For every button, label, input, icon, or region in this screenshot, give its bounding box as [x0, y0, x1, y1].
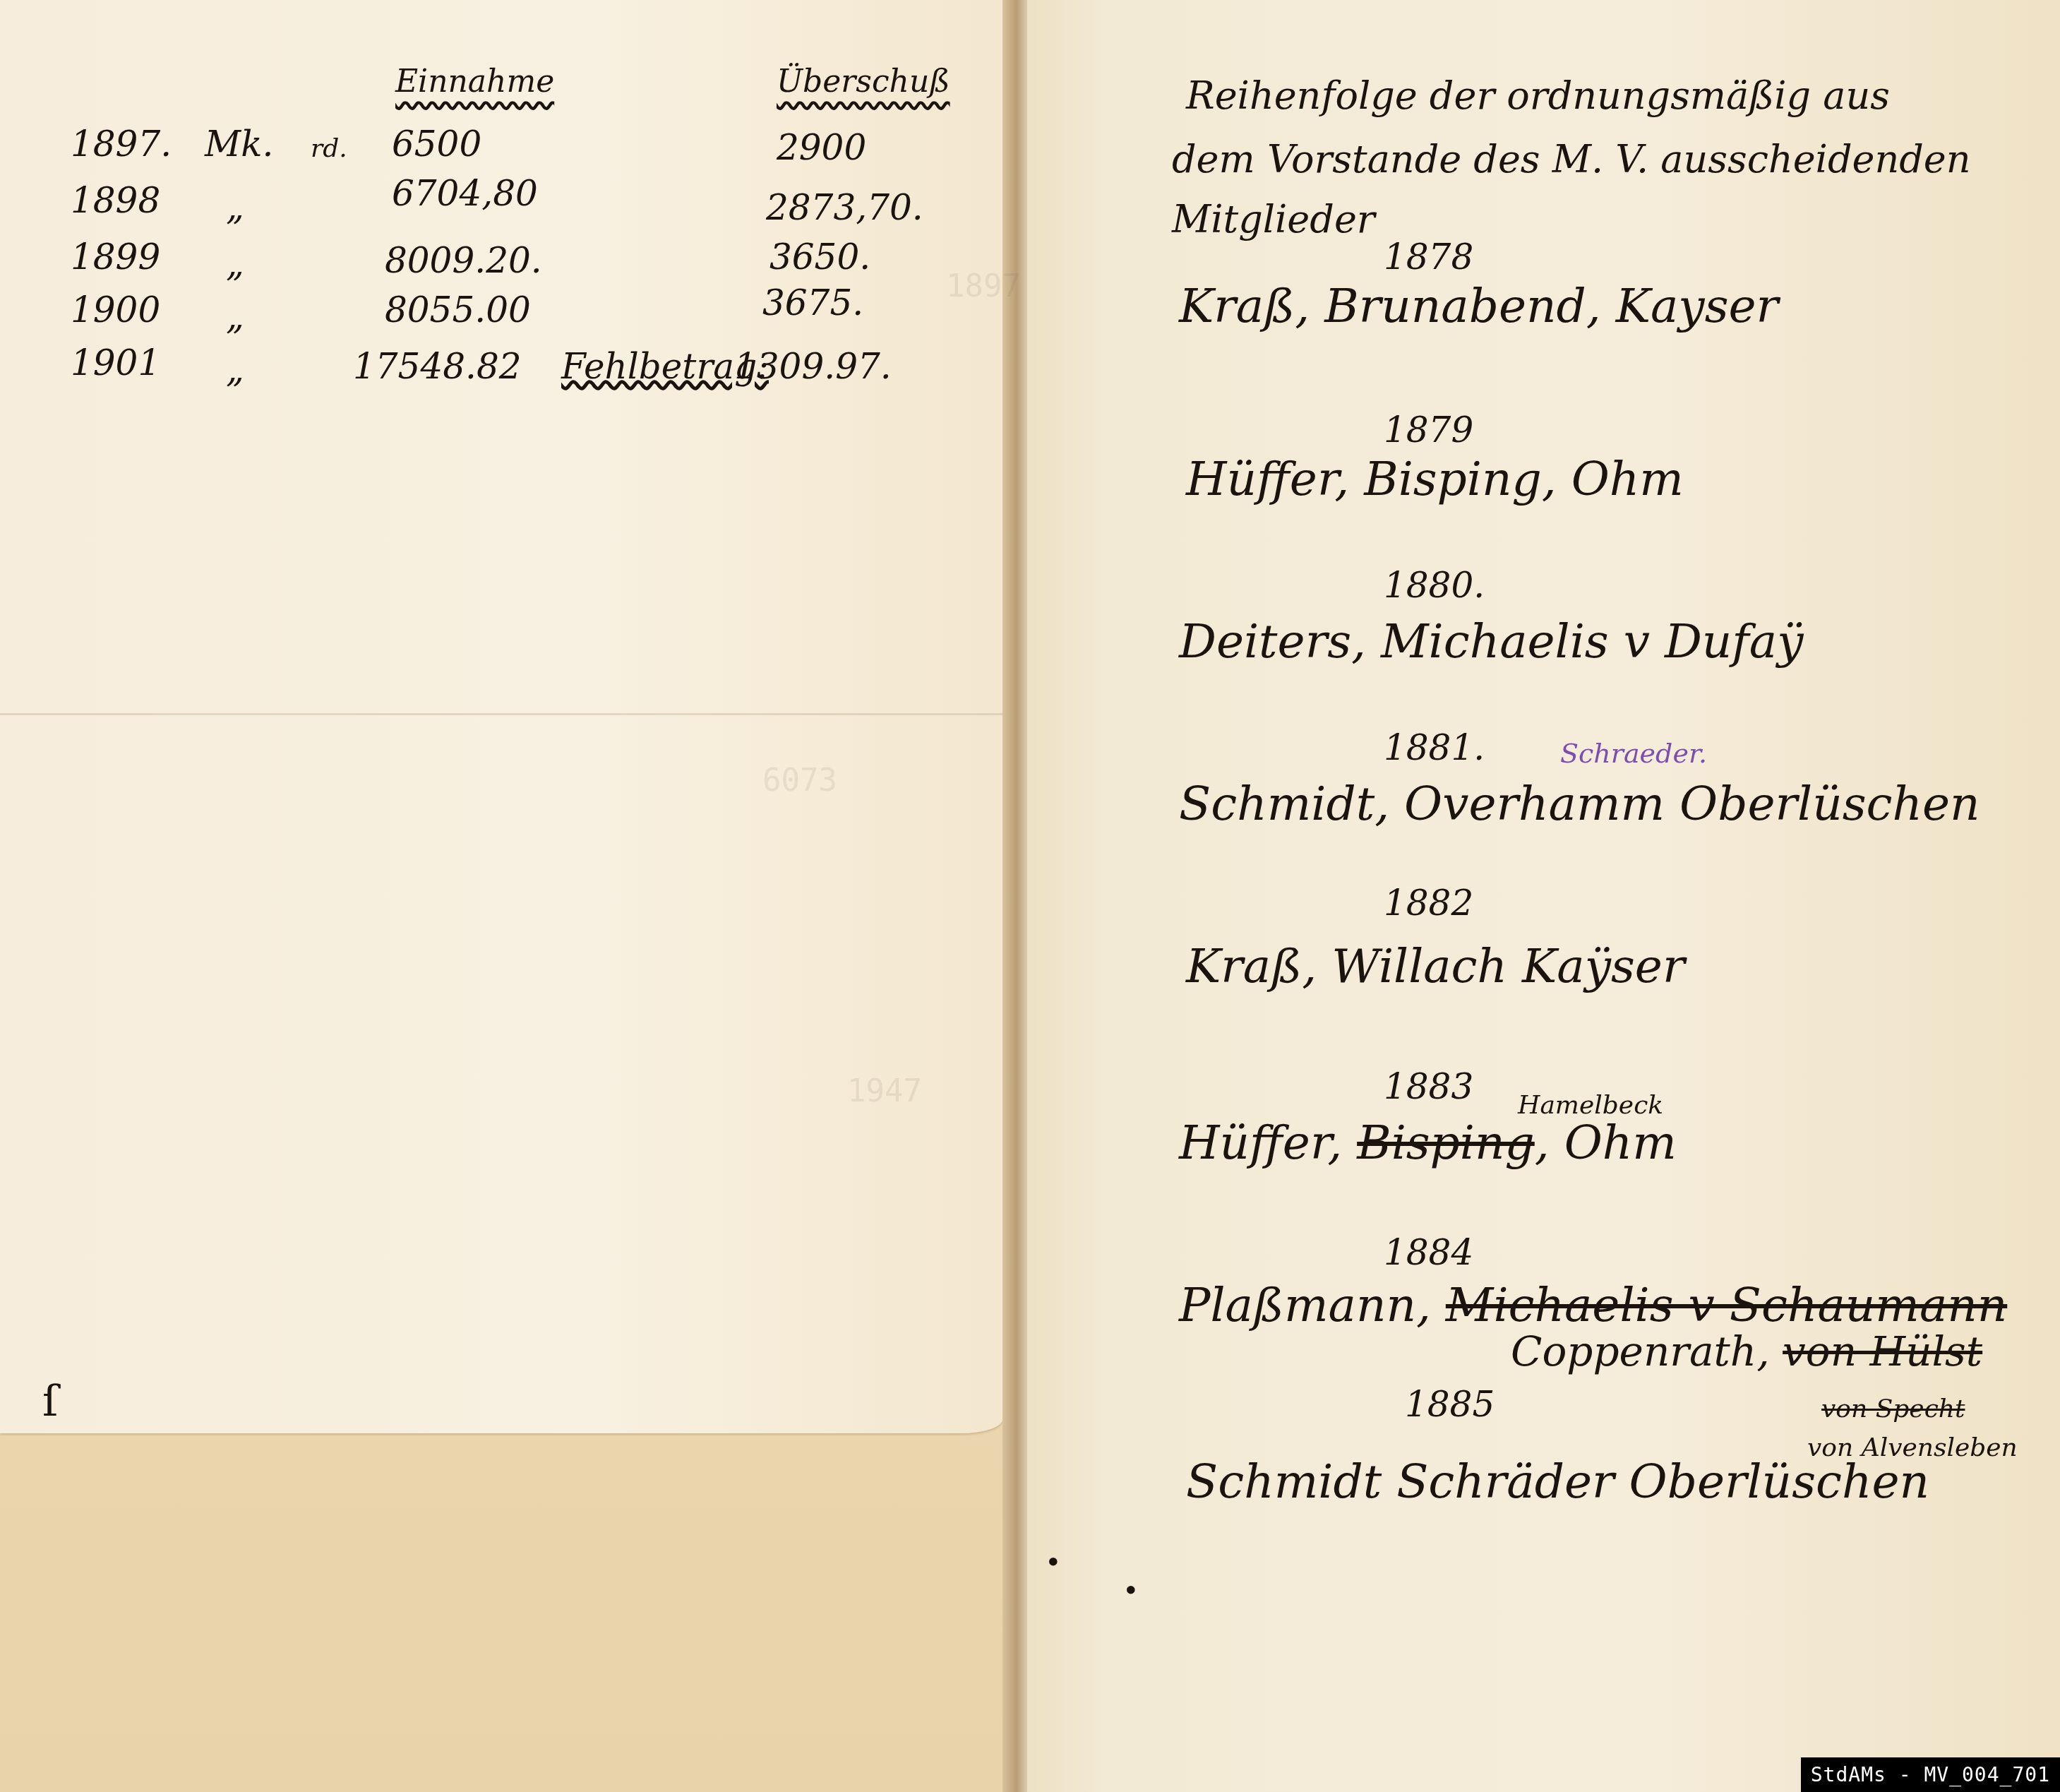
title-line: Reihenfolge der ordnungsmäßig aus	[1186, 71, 1890, 121]
entry-names: Schmidt, Overhamm Oberlüschen	[1179, 777, 1980, 831]
struck-name: von Hülst	[1783, 1327, 1982, 1375]
entry-names: Plaßmann, Michaelis v Schaumann	[1179, 1278, 2007, 1332]
row-year: 1898	[71, 180, 160, 221]
row-surplus: 2873,70.	[766, 187, 923, 228]
entry-year: 1885	[1405, 1384, 1495, 1425]
entry-names: Hüffer, Bisping, Ohm	[1186, 452, 1684, 506]
names-text: Plaßmann,	[1179, 1278, 1446, 1332]
entry-year: 1883	[1384, 1066, 1473, 1107]
struck-name: Bisping	[1357, 1116, 1535, 1170]
title-line: dem Vorstande des M. V. ausscheidenden	[1172, 134, 1971, 185]
row-year: 1899	[71, 237, 160, 277]
row-income: 8009.20.	[385, 240, 542, 281]
fold-line	[0, 713, 1002, 715]
entry-year: 1880.	[1384, 565, 1485, 606]
entry-names-line2: Coppenrath, von Hülst	[1511, 1327, 1982, 1375]
names-text: Hüffer,	[1179, 1116, 1357, 1170]
row-income: 6704,80	[392, 173, 538, 214]
entry-year: 1879	[1384, 410, 1473, 450]
row-surplus: 2900	[777, 127, 866, 168]
entry-year: 1878	[1384, 237, 1473, 277]
entry-year: 1884	[1384, 1232, 1473, 1273]
ink-mark: ſ	[42, 1377, 58, 1426]
entry-names: Schmidt Schräder Oberlüschen	[1186, 1454, 1929, 1509]
row-ditto: „	[226, 244, 244, 285]
row-year: 1901	[71, 342, 160, 383]
bleed-through-text: 1897	[946, 268, 1021, 304]
right-page	[1027, 0, 2060, 1792]
entry-names: Deiters, Michaelis v Dufaÿ	[1179, 614, 1803, 669]
row-unit-suffix: rd.	[311, 134, 347, 163]
bleed-through-text: 1947	[847, 1073, 922, 1109]
row-income: 8055.00	[385, 289, 531, 330]
row-ditto: „	[226, 187, 244, 228]
entry-year: 1881.	[1384, 727, 1485, 768]
bleed-through-text: 6073	[762, 763, 837, 799]
row-surplus: 1309.97.	[734, 346, 892, 387]
title-line: Mitglieder	[1172, 194, 1375, 245]
names-text: Coppenrath,	[1511, 1327, 1783, 1375]
struck-name: von Specht	[1821, 1394, 1965, 1423]
entry-names: Kraß, Willach Kaÿser	[1186, 939, 1684, 993]
row-year: 1900	[71, 289, 160, 330]
ink-mark: •	[1122, 1575, 1139, 1607]
row-year: 1897.	[71, 124, 172, 165]
row-income: 17548.82	[353, 346, 522, 387]
ink-mark: •	[1045, 1546, 1062, 1579]
names-text: , Ohm	[1535, 1116, 1677, 1170]
row-unit: Mk.	[205, 124, 273, 165]
header-income: Einnahme	[395, 64, 554, 100]
row-surplus: 3650.	[769, 237, 870, 277]
row-income: 6500	[392, 124, 481, 165]
entry-names: Hüffer, Bisping, Ohm	[1179, 1116, 1677, 1170]
archive-id-label: StdAMs - MV_004_701	[1801, 1757, 2060, 1792]
row-ditto: „	[226, 350, 244, 390]
entry-annotation: Schraeder.	[1560, 738, 1707, 769]
header-surplus: Überschuß	[777, 64, 950, 100]
entry-names: Kraß, Brunabend, Kayser	[1179, 279, 1778, 333]
entry-year: 1882	[1384, 883, 1473, 924]
row-ditto: „	[226, 297, 244, 338]
row-surplus: 3675.	[762, 282, 863, 323]
struck-name: Michaelis v Schaumann	[1446, 1278, 2007, 1332]
